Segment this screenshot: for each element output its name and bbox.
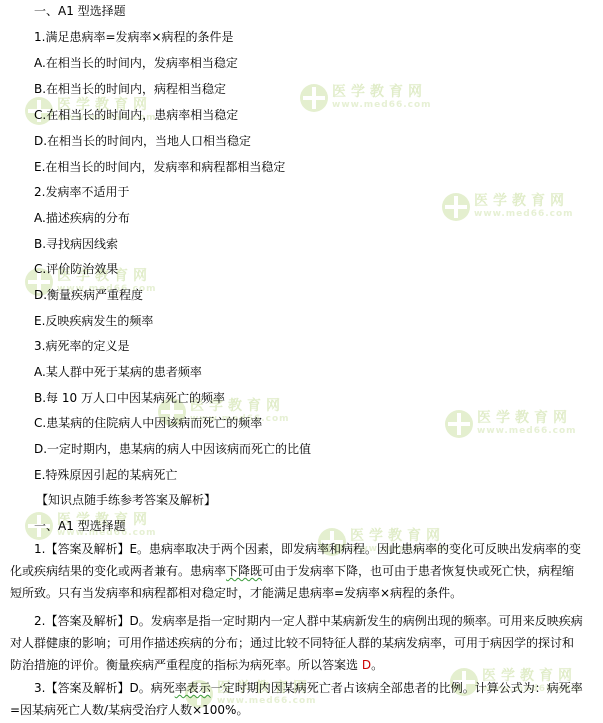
spellcheck-flag: 率表示	[175, 681, 211, 695]
question-option: A.在相当长的时间内，发病率相当稳定	[34, 54, 238, 71]
watermark-logo: 医学教育网www.med66.com	[442, 193, 574, 221]
question-option: E.在相当长的时间内，发病率和病程都相当稳定	[34, 158, 285, 175]
answer-paragraph: 3.【答案及解析】D。病死率表示一定时期内因某病死亡者占该病全部患者的比例。计算…	[10, 677, 585, 721]
question-option: B.每 10 万人口中因某病死亡的频率	[34, 389, 225, 406]
watermark-logo: 医学教育网www.med66.com	[300, 84, 432, 112]
cross-logo-icon	[300, 84, 328, 112]
question-option: D.衡量疾病严重程度	[34, 286, 143, 303]
question-option: A.某人群中死于某病的患者频率	[34, 363, 202, 380]
answer-paragraph: 1.【答案及解析】E。患病率取决于两个因素，即发病率和病程。因此患病率的变化可反…	[10, 538, 585, 604]
cross-logo-icon	[445, 410, 473, 438]
question-stem: 2.发病率不适用于	[34, 183, 129, 200]
question-option: C.在相当长的时间内，患病率相当稳定	[34, 106, 238, 123]
question-option: C.评价防治效果	[34, 260, 118, 277]
question-option: A.描述疾病的分布	[34, 209, 130, 226]
section-heading: 一、A1 型选择题	[34, 517, 126, 534]
question-stem: 1.满足患病率=发病率×病程的条件是	[34, 28, 234, 45]
question-stem: 3.病死率的定义是	[34, 337, 129, 354]
question-option: C.患某病的住院病人中因该病而死亡的频率	[34, 414, 262, 431]
answers-title: 【知识点随手练参考答案及解析】	[36, 491, 216, 508]
section-heading: 一、A1 型选择题	[34, 2, 126, 19]
spellcheck-flag: 下降既	[226, 564, 262, 578]
question-option: E.特殊原因引起的某病死亡	[34, 466, 177, 483]
question-option: D.在相当长的时间内，当地人口相当稳定	[34, 132, 251, 149]
question-option: D.一定时期内，患某病的病人中因该病而死亡的比值	[34, 440, 311, 457]
question-option: B.寻找病因线索	[34, 235, 118, 252]
answer-letter: D	[362, 658, 371, 672]
watermark-logo: 医学教育网www.med66.com	[445, 410, 577, 438]
answer-paragraph: 2.【答案及解析】D。发病率是指一定时期内一定人群中某病新发生的病例出现的频率。…	[10, 610, 585, 676]
cross-logo-icon	[442, 193, 470, 221]
question-option: E.反映疾病发生的频率	[34, 312, 153, 329]
question-option: B.在相当长的时间内，病程相当稳定	[34, 80, 226, 97]
